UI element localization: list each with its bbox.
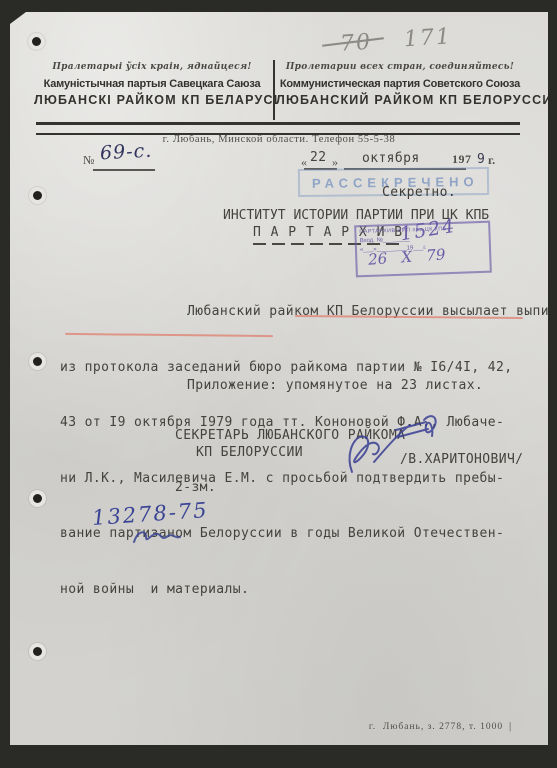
date-month: октября [362, 151, 420, 166]
hand-note-flourish [130, 526, 190, 552]
ref-number-value: 69-с. [99, 140, 152, 165]
ref-underline [93, 169, 155, 171]
body-line: Любанский райком КП Белоруссии высылает … [60, 303, 557, 322]
signature-scribble [340, 410, 450, 482]
party-line-left: Камуністычная партыя Савецкага Саюза [34, 78, 270, 90]
body-line: ной войны и материалы. [60, 581, 557, 600]
raikom-line-left: ЛЮБАНСКІ РАЙКОМ КП БЕЛАРУСІ [34, 93, 270, 107]
punch-hole [32, 37, 41, 46]
attachment-line: Приложение: упомянутое на 23 листах. [187, 378, 483, 393]
ref-number-label: № [83, 153, 94, 168]
copies-note: 2-зм. [175, 480, 216, 495]
punch-hole [33, 191, 42, 200]
document-paper: 70 171 Пралетарыі ўсіх краін, яднайцеся!… [10, 12, 548, 745]
letterhead-left: Пралетарыі ўсіх краін, яднайцеся! Камуні… [34, 62, 270, 107]
date-year-suffix: г. [488, 153, 495, 168]
address-line: г. Любань, Минской области. Телефон 55-5… [10, 134, 548, 145]
imprint-mark: | [509, 720, 511, 732]
punch-hole [33, 494, 42, 503]
punch-hole [33, 357, 42, 366]
slogan-right: Пролетарии всех стран, соединяйтесь! [276, 62, 524, 72]
date-day: 22 [310, 150, 326, 165]
body-line: из протокола заседаний бюро райкома парт… [60, 359, 557, 378]
date-year-digit: 9 [477, 152, 485, 167]
body-line: ни Л.К., Масилевича Е.М. с просьбой подт… [60, 470, 557, 489]
date-year-printed: 197 [452, 152, 472, 167]
slogan-left: Пралетарыі ўсіх краін, яднайцеся! [34, 62, 270, 72]
raikom-line-right: ЛЮБАНСКИЙ РАЙКОМ КП БЕЛОРУССИИ [276, 93, 524, 107]
letterhead-right: Пролетарии всех стран, соединяйтесь! Ком… [276, 62, 524, 107]
body-paragraph: Любанский райком КП Белоруссии высылает … [60, 266, 557, 636]
punch-hole [33, 647, 42, 656]
signature-title-line2: КП БЕЛОРУССИИ [196, 445, 303, 460]
secrecy-label: Секретно. [382, 185, 456, 200]
signature-name: /В.ХАРИТОНОВИЧ/ [400, 452, 523, 467]
top-note-number: 171 [403, 24, 453, 52]
letterhead-divider [273, 60, 275, 120]
imprint-line: г. Любань, з. 2778, т. 1000 [336, 722, 536, 732]
party-line-right: Коммунистическая партия Советского Союза [276, 78, 524, 90]
